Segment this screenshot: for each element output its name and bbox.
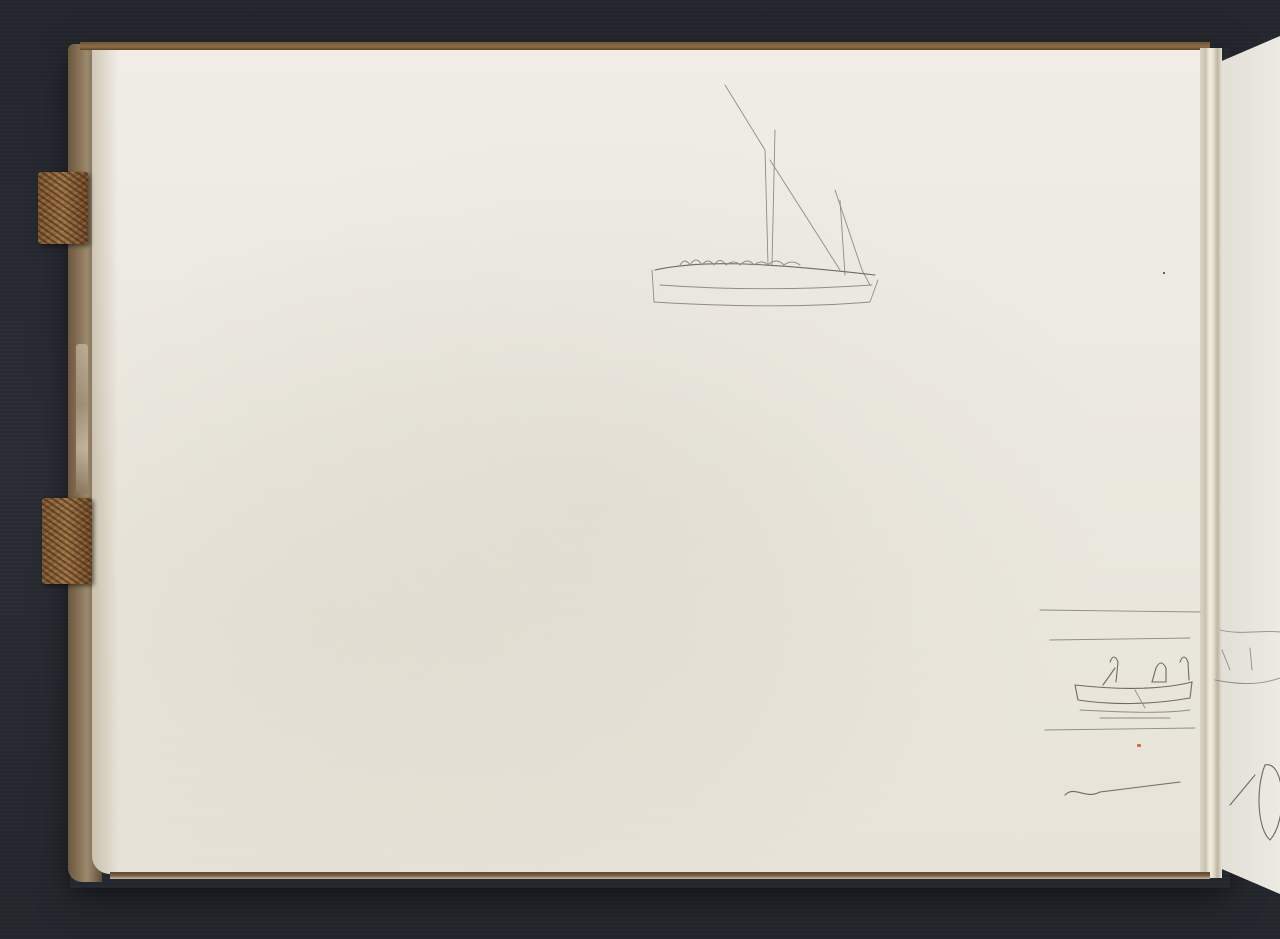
red-ink-mark (1137, 744, 1141, 747)
bottom-cover-edge (110, 872, 1210, 879)
top-cover-edge (80, 42, 1210, 50)
binding-strap-top (38, 172, 88, 244)
sailing-barge-sketch (640, 80, 920, 320)
rowing-boat-sketch (1040, 590, 1280, 850)
binding-strap-bottom (42, 498, 92, 584)
paper-speck (1163, 272, 1165, 274)
page-foxing (92, 50, 118, 874)
